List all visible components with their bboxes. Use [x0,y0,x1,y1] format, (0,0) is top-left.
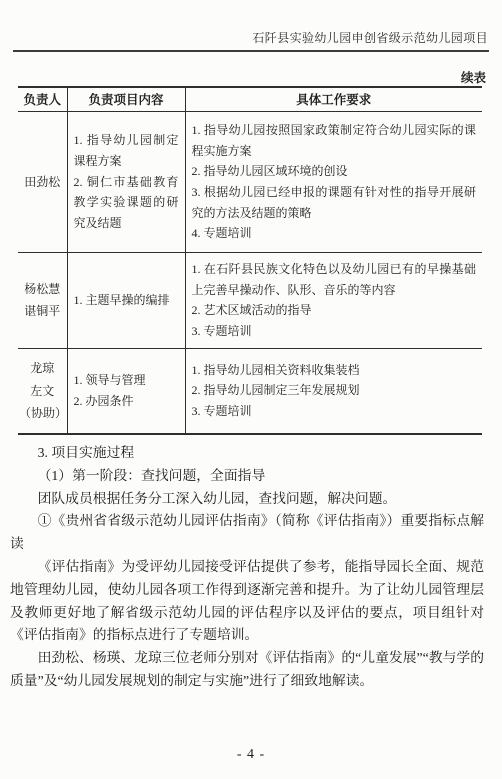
table-row: 杨松慧 谌铜平 1. 主题早操的编排 1. 在石阡县民族文化特色以及幼儿园已有的… [18,253,482,349]
header-rule [13,50,489,52]
work-requirements-cell: 1. 指导幼儿园按照国家政策制定符合幼儿园实际的课程实施方案 2. 指导幼儿园区… [185,112,482,253]
person-name-line: 左文 [19,380,66,402]
responsibility-table: 负责人 负责项目内容 具体工作要求 田劲松 1. 指导幼儿园制定课程方案 2. … [18,86,482,435]
paragraph-teachers-interpretation: 田劲松、杨瑛、龙琼三位老师分别对《评估指南》的“儿童发展”“教与学的质量”及“幼… [10,647,484,693]
work-requirement-item: 1. 指导幼儿园按照国家政策制定符合幼儿园实际的课程实施方案 [192,120,477,161]
person-name-line: 田劲松 [19,171,66,193]
person-cell: 龙琼 左文 （协助） [18,348,67,434]
person-cell: 田劲松 [18,112,67,253]
body-text: 3. 项目实施过程 （1）第一阶段：查找问题，全面指导 团队成员根据任务分工深入… [10,442,484,693]
work-requirements-cell: 1. 指导幼儿园相关资料收集装档 2. 指导幼儿园制定三年发展规划 3. 专题培… [185,348,482,434]
work-requirement-item: 2. 指导幼儿园区域环境的创设 [192,161,477,182]
project-content-cell: 1. 主题早操的编排 [67,253,185,349]
table-row: 龙琼 左文 （协助） 1. 领导与管理 2. 办园条件 1. 指导幼儿园相关资料… [18,348,482,434]
work-requirement-item: 4. 专题培训 [192,223,477,244]
work-requirements-cell: 1. 在石阡县民族文化特色以及幼儿园已有的早操基础上完善早操动作、队形、音乐的等… [185,253,482,349]
continued-table-label: 续表 [461,68,486,86]
paragraph-implementation-heading: 3. 项目实施过程 [10,442,484,465]
person-name-line: 谌铜平 [19,300,66,322]
work-requirement-item: 1. 在石阡县民族文化特色以及幼儿园已有的早操基础上完善早操动作、队形、音乐的等… [192,259,477,300]
column-header-project-content: 负责项目内容 [67,87,185,112]
table-header-row: 负责人 负责项目内容 具体工作要求 [18,87,482,112]
project-content-item: 1. 领导与管理 [74,370,179,391]
column-header-work-requirements: 具体工作要求 [185,87,482,112]
project-content-item: 2. 铜仁市基础教育教学实验课题的研究及结题 [74,172,179,234]
work-requirement-item: 1. 指导幼儿园相关资料收集装档 [192,360,477,381]
running-header-title: 石阡县实验幼儿园申创省级示范幼儿园项目 [252,29,488,46]
project-content-cell: 1. 领导与管理 2. 办园条件 [67,348,185,434]
project-content-item: 1. 指导幼儿园制定课程方案 [74,130,179,171]
project-content-item: 1. 主题早操的编排 [74,290,179,311]
work-requirement-item: 3. 专题培训 [192,401,477,422]
work-requirement-item: 3. 专题培训 [192,321,477,342]
page-number: - 4 - [0,747,502,763]
document-page: 石阡县实验幼儿园申创省级示范幼儿园项目 续表 负责人 负责项目内容 具体工作要求… [0,0,502,779]
project-content-cell: 1. 指导幼儿园制定课程方案 2. 铜仁市基础教育教学实验课题的研究及结题 [67,112,185,253]
person-name-line: 杨松慧 [19,278,66,300]
project-content-item: 2. 办园条件 [74,391,179,412]
person-name-line: （协助） [19,402,66,424]
person-cell: 杨松慧 谌铜平 [18,253,67,349]
paragraph-guide-interpretation-heading: ①《贵州省省级示范幼儿园评估指南》（简称《评估指南》）重要指标点解读 [10,510,484,556]
work-requirement-item: 2. 艺术区域活动的指导 [192,300,477,321]
paragraph-team-task: 团队成员根据任务分工深入幼儿园，查找问题，解决问题。 [10,488,484,511]
column-header-person: 负责人 [18,87,67,112]
paragraph-guide-description: 《评估指南》为受评幼儿园接受评估提供了参考，能指导园长全面、规范地管理幼儿园，使… [10,556,484,647]
work-requirement-item: 2. 指导幼儿园制定三年发展规划 [192,380,477,401]
table-row: 田劲松 1. 指导幼儿园制定课程方案 2. 铜仁市基础教育教学实验课题的研究及结… [18,112,482,253]
work-requirement-item: 3. 根据幼儿园已经申报的课题有针对性的指导开展研究的方法及结题的策略 [192,182,477,223]
person-name-line: 龙琼 [19,357,66,379]
paragraph-stage-one-heading: （1）第一阶段：查找问题，全面指导 [10,465,484,488]
